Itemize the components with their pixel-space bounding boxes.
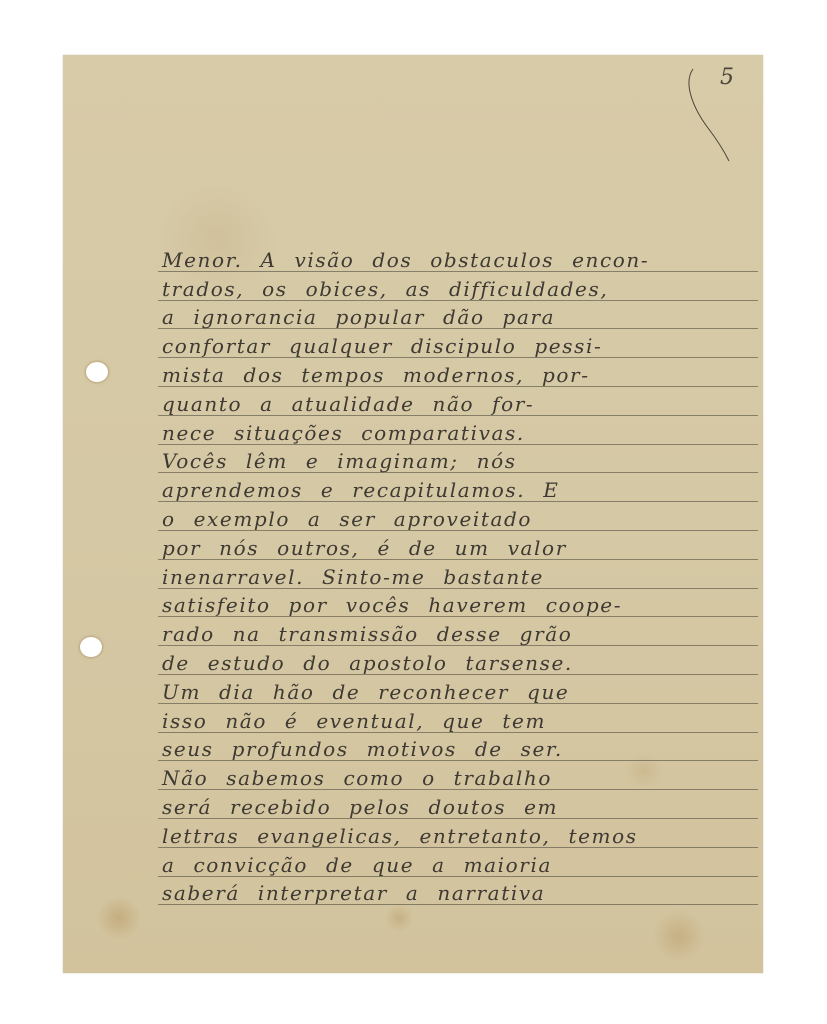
text-line: a ignorancia popular dão para — [158, 301, 758, 330]
line-text: satisfeito por vocês haverem coope- — [162, 595, 622, 615]
text-line: mista dos tempos modernos, por- — [158, 358, 758, 387]
margin-pencil-stroke — [683, 63, 743, 163]
text-line: satisfeito por vocês haverem coope- — [158, 589, 758, 618]
text-line: saberá interpretar a narrativa — [158, 877, 758, 906]
line-text: o exemplo a ser aproveitado — [162, 509, 532, 529]
text-line: isso não é eventual, que tem — [158, 704, 758, 733]
line-text: lettras evangelicas, entretanto, temos — [162, 826, 638, 846]
text-line: rado na transmissão desse grão — [158, 617, 758, 646]
line-text: Menor. A visão dos obstaculos encon- — [162, 250, 649, 270]
text-line: Menor. A visão dos obstaculos encon- — [158, 243, 758, 272]
line-text: inenarravel. Sinto-me bastante — [162, 567, 544, 587]
text-line: quanto a atualidade não for- — [158, 387, 758, 416]
text-line: aprendemos e recapitulamos. E — [158, 473, 758, 502]
text-line: Vocês lêm e imaginam; nós — [158, 445, 758, 474]
text-line: Um dia hão de reconhecer que — [158, 675, 758, 704]
text-line: lettras evangelicas, entretanto, temos — [158, 819, 758, 848]
line-text: será recebido pelos doutos em — [162, 797, 558, 817]
line-text: rado na transmissão desse grão — [162, 624, 572, 644]
line-text: a ignorancia popular dão para — [162, 307, 555, 327]
line-text: a convicção de que a maioria — [162, 855, 552, 875]
line-text: por nós outros, é de um valor — [162, 538, 567, 558]
text-line: nece situações comparativas. — [158, 416, 758, 445]
manuscript-page: 5 Menor. A visão dos obstaculos encon- t… — [63, 55, 763, 973]
text-line: trados, os obices, as difficuldades, — [158, 272, 758, 301]
line-text: trados, os obices, as difficuldades, — [162, 279, 608, 299]
text-line: de estudo do apostolo tarsense. — [158, 646, 758, 675]
line-text: Vocês lêm e imaginam; nós — [162, 451, 517, 471]
text-line: Não sabemos como o trabalho — [158, 761, 758, 790]
text-line: a convicção de que a maioria — [158, 848, 758, 877]
text-line: será recebido pelos doutos em — [158, 790, 758, 819]
line-text: saberá interpretar a narrativa — [162, 883, 545, 903]
line-text: confortar qualquer discipulo pessi- — [162, 336, 602, 356]
page-number: 5 — [720, 65, 734, 90]
line-text: Não sabemos como o trabalho — [162, 768, 552, 788]
line-text: aprendemos e recapitulamos. E — [162, 480, 559, 500]
text-line: por nós outros, é de um valor — [158, 531, 758, 560]
punch-hole-top — [86, 362, 108, 382]
handwritten-text-block: Menor. A visão dos obstaculos encon- tra… — [158, 243, 758, 905]
text-line: o exemplo a ser aproveitado — [158, 502, 758, 531]
line-text: seus profundos motivos de ser. — [162, 739, 563, 759]
text-line: inenarravel. Sinto-me bastante — [158, 560, 758, 589]
line-text: de estudo do apostolo tarsense. — [162, 653, 573, 673]
line-text: Um dia hão de reconhecer que — [162, 682, 569, 702]
line-text: quanto a atualidade não for- — [162, 394, 534, 414]
line-text: mista dos tempos modernos, por- — [162, 365, 590, 385]
text-line: confortar qualquer discipulo pessi- — [158, 329, 758, 358]
text-line: seus profundos motivos de ser. — [158, 733, 758, 762]
line-text: nece situações comparativas. — [162, 423, 525, 443]
line-text: isso não é eventual, que tem — [162, 711, 546, 731]
punch-hole-bottom — [80, 637, 102, 657]
